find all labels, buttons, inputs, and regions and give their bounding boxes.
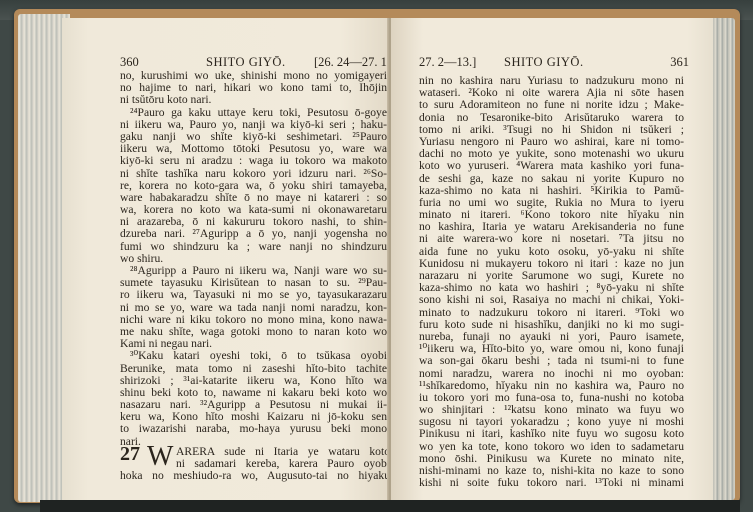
text-line: to iwazarishi naraba, mo-haya yurusu bek… <box>120 423 387 435</box>
page-number: 360 <box>120 55 139 70</box>
table-shadow <box>40 500 740 512</box>
chapter-number: 27 <box>120 443 140 466</box>
text-line: ni mo se yo, ware wa tada nanji nomi nar… <box>120 302 387 314</box>
text-line: aida fune no yuku koto osoku, yō-yaku ni… <box>419 246 684 258</box>
text-line: dzureba nari. ²⁷Aguripp a ō yo, nanji yo… <box>120 228 387 240</box>
text-line: ²⁴Pauro ga kaku uttaye keru toki, Pesuto… <box>120 107 387 119</box>
chapter-line: hoka no meshiudo-ra wo, Augusuto-tai no … <box>120 469 390 482</box>
text-line: Pinikusu ni itari, kashĭko nite fuyu wo … <box>419 428 684 440</box>
text-line: fumi wo shindzuru ka ; ware nanji no shi… <box>120 241 387 253</box>
text-line: de seshi ga, kaze no sakau ni yorite Kup… <box>419 173 684 185</box>
text-line: minato to nadzukuru tokoro ni itareri. ⁹… <box>419 307 684 319</box>
running-title: SHITO GIYŌ. <box>504 55 584 70</box>
chapter-opening: 27 W ARERA sude ni Itaria ye wataru koto… <box>120 443 390 483</box>
text-line: kishi ni soite fuku tokoro nari. ¹³Toki … <box>419 477 684 489</box>
right-page: 27. 2—13.] SHITO GIYŌ. 361 nin no kashir… <box>391 18 713 502</box>
text-line: ro iikeru wa, Tayasuki ni mo se yo, taya… <box>120 289 387 301</box>
text-line: wa son-gai ōkaru beshi ; tada ni tsumi-n… <box>419 355 684 367</box>
text-line: koto wo yuruseri. ⁴Warera mata kashiko y… <box>419 160 684 172</box>
running-title: SHITO GIYŌ. <box>206 55 286 70</box>
text-line: kiyō-ki seru ni aradzu : waga iu tokoro … <box>120 155 387 167</box>
text-line: sono kishi ni soi, Rasaiya no machi ni c… <box>419 294 684 306</box>
right-body-text: nin no kashira naru Yuriasu to nadzukuru… <box>419 75 684 489</box>
left-running-header: 360 SHITO GIYŌ. [26. 24—27. 1. <box>120 55 390 69</box>
text-line: nomi naradzu, warera no inochi ni mo oyo… <box>419 368 684 380</box>
text-line: donia no Tesaronike-bito Arisŭtaruko war… <box>419 112 684 124</box>
text-line: Berunike, mata tomo ni zaseshi hĭto-bito… <box>120 363 387 375</box>
chapter-verse-reference: 27. 2—13.] <box>419 55 476 70</box>
text-line: ni tsŭtōru koto nari. <box>120 94 387 106</box>
text-line: ni aite warera-wo kore ni nosetari. ⁷Ta … <box>419 233 684 245</box>
text-line: to suru Adoramiteon no fune ni norite id… <box>419 99 684 111</box>
chapter-verse-reference: [26. 24—27. 1. <box>314 55 390 70</box>
text-line: ³⁰Kaku katari oyeshi toki, ō to tsŭkasa … <box>120 350 387 362</box>
text-line: wo yen ka tote, kono tokoro wo iden to s… <box>419 441 684 453</box>
text-line: ni shĭte tashĭka naru kokoro yori idzuru… <box>120 168 387 180</box>
page-number: 361 <box>670 55 689 70</box>
left-page: 360 SHITO GIYŌ. [26. 24—27. 1. no, kurus… <box>62 18 389 502</box>
right-running-header: 27. 2—13.] SHITO GIYŌ. 361 <box>419 55 689 69</box>
left-body-text: no, kurushimi wo uke, shinishi mono no y… <box>120 70 387 448</box>
